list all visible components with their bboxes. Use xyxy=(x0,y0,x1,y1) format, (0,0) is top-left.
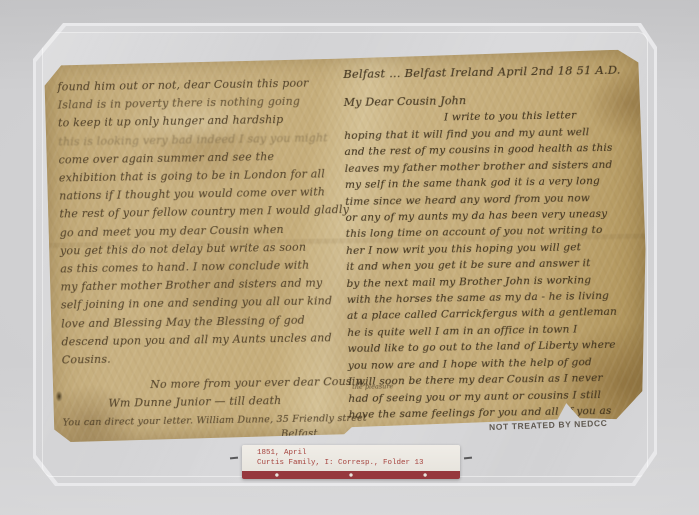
letter-paper: found him out or not, dear Cousin this p… xyxy=(43,49,649,442)
right-page-body: hoping that it will find you and my aunt… xyxy=(344,123,643,423)
handwritten-line: Cousins. xyxy=(62,347,334,369)
page-left: found him out or not, dear Cousin this p… xyxy=(57,74,335,444)
archive-label: 1851, April Curtis Family, I: Corresp., … xyxy=(242,445,460,479)
scan-mat: found him out or not, dear Cousin this p… xyxy=(0,0,699,515)
label-date-line: 1851, April xyxy=(242,445,460,459)
label-collection-line: Curtis Family, I: Corresp., Folder 13 xyxy=(242,459,460,469)
interlinear-note: the pleasure xyxy=(352,382,393,391)
left-page-body: found him out or not, dear Cousin this p… xyxy=(57,74,334,369)
page-right: Belfast ... Belfast Ireland April 2nd 18… xyxy=(343,59,643,423)
date-line: Belfast ... Belfast Ireland April 2nd 18… xyxy=(343,59,637,84)
label-color-band xyxy=(242,471,460,479)
